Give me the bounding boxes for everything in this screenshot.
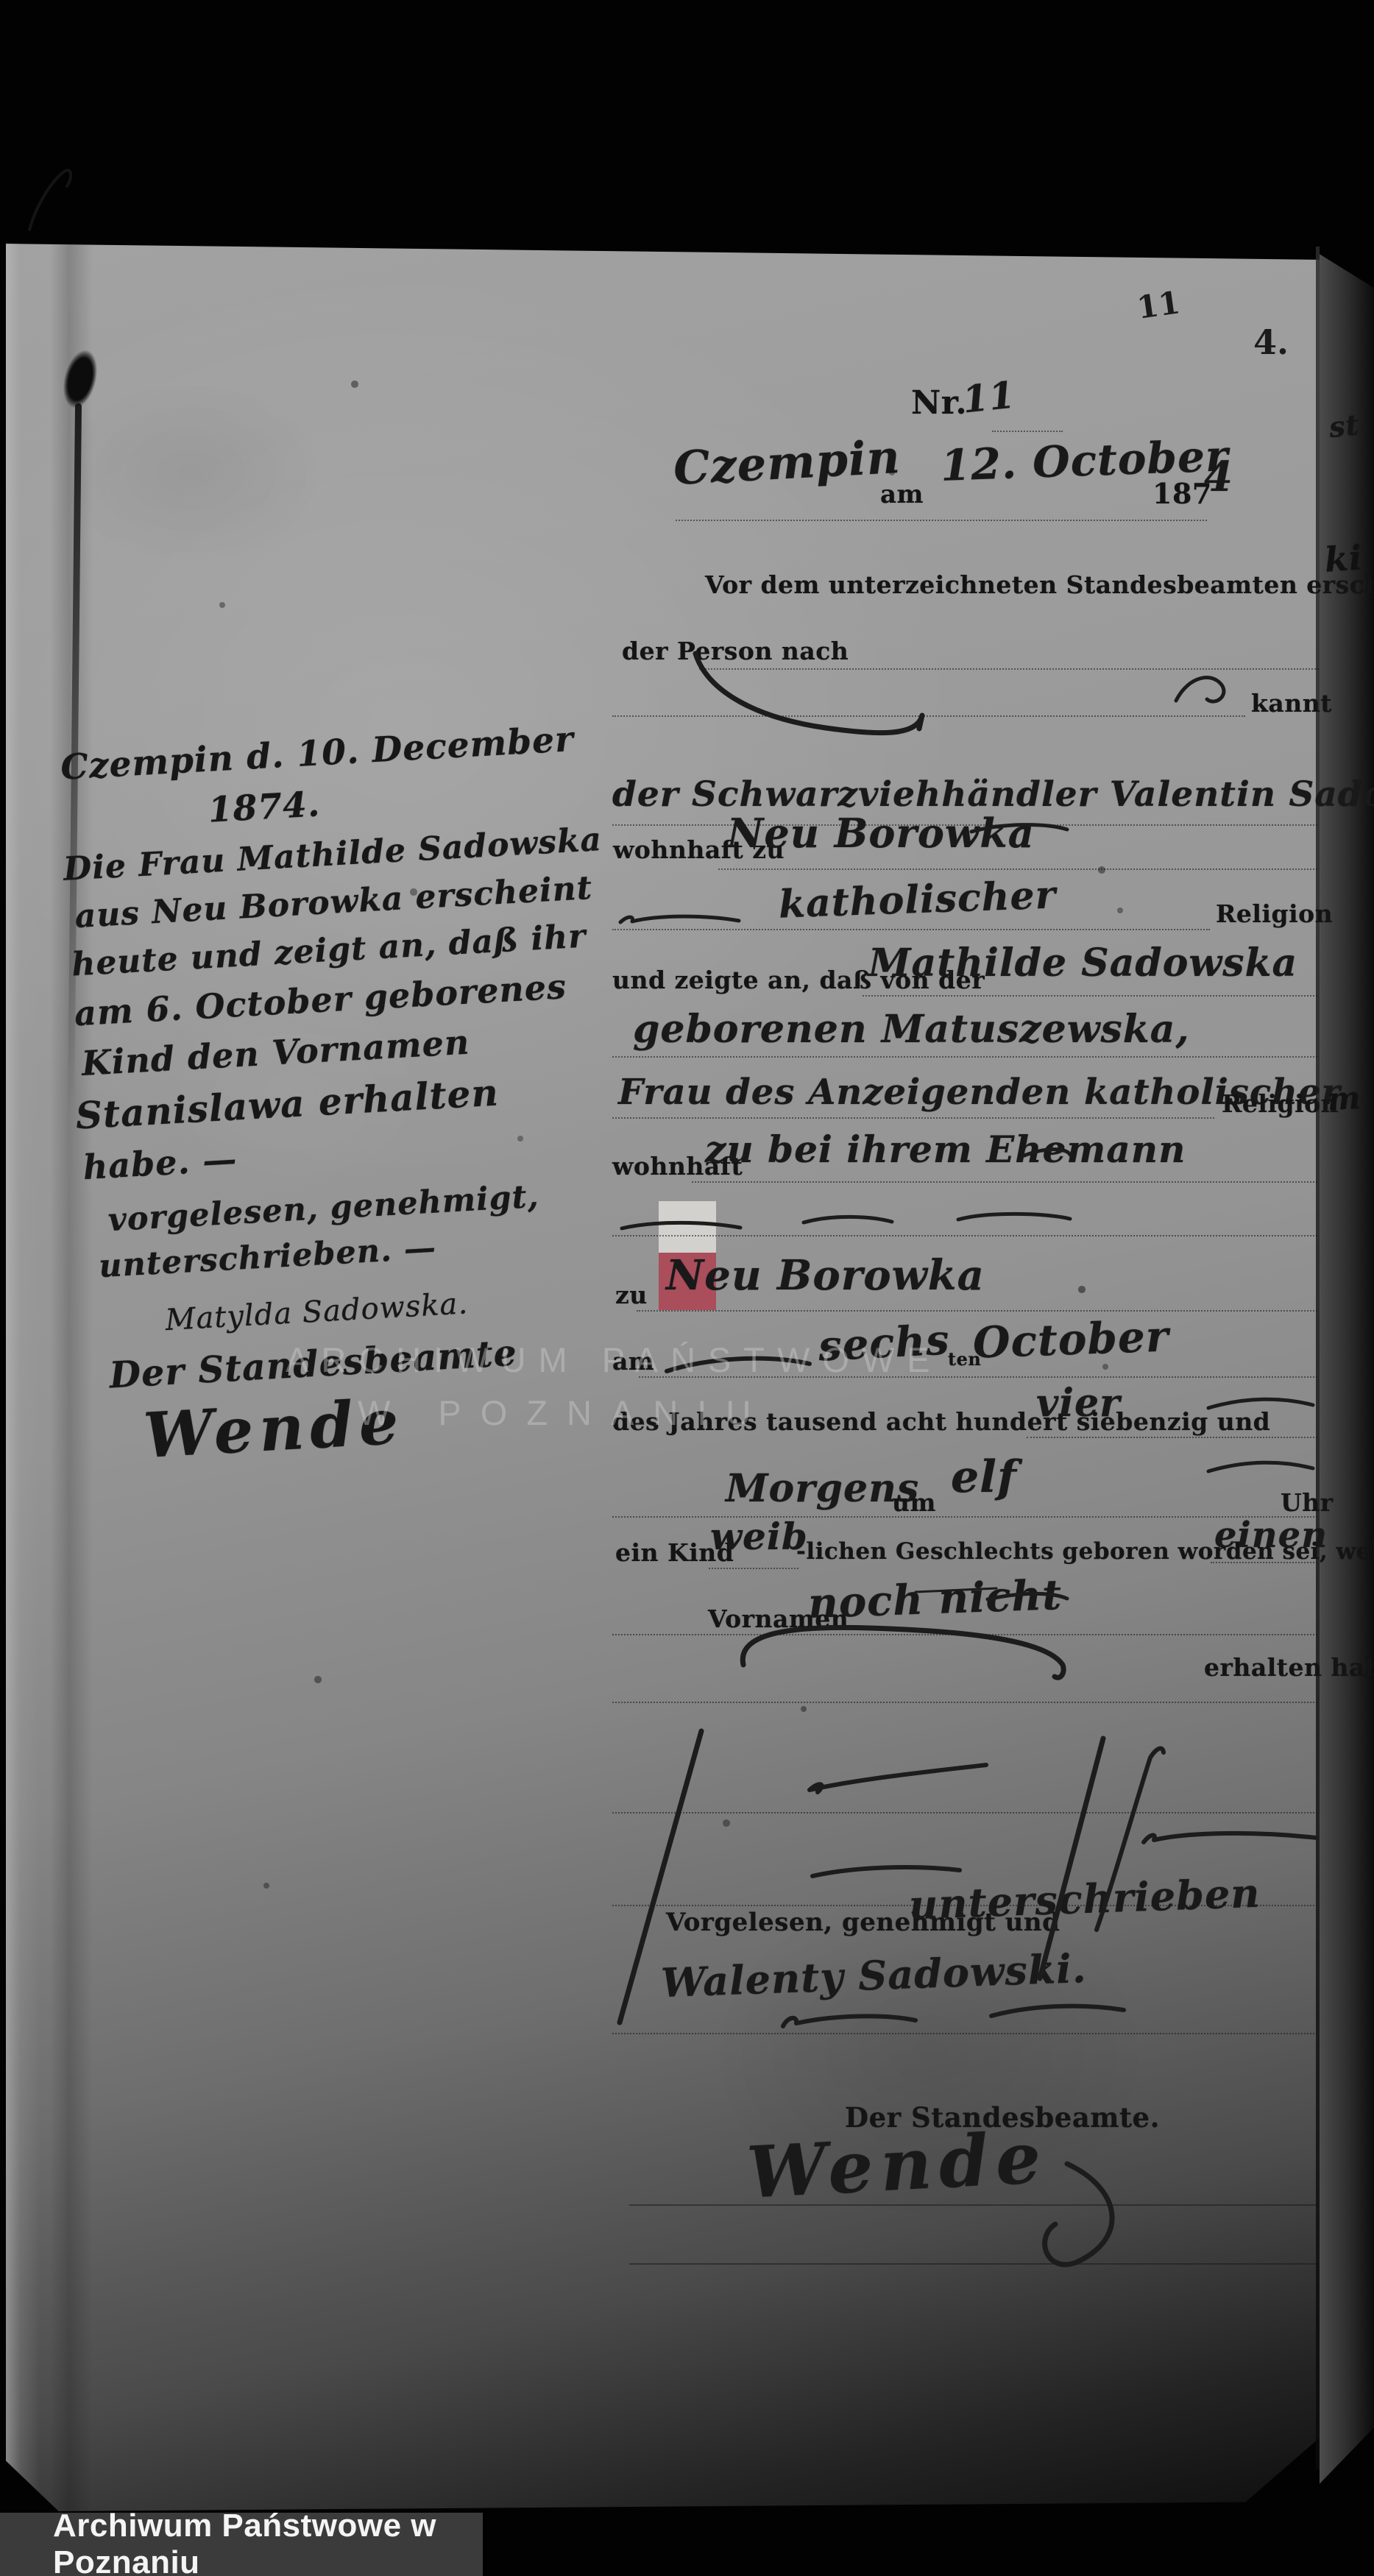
nr-label: Nr. — [911, 384, 967, 422]
year-line-value: vier — [1036, 1381, 1120, 1426]
am-label: am — [880, 480, 924, 509]
rule-line — [612, 1812, 1317, 1814]
kannt-label: kannt — [1251, 689, 1332, 718]
archive-watermark-line1: ARCHIWUM PAŃSTWOWE — [286, 1340, 943, 1380]
time-prefix: Morgens — [726, 1466, 919, 1511]
birth-month: October — [972, 1311, 1170, 1367]
vornamen-value: noch nicht — [807, 1571, 1063, 1628]
archive-label-text: Archiwum Państwowe w Poznaniu — [53, 2508, 483, 2576]
year-written: 4 — [1204, 453, 1233, 501]
rule-line — [612, 715, 1245, 717]
mother-name: Mathilde Sadowska — [868, 941, 1297, 986]
rule-line — [709, 1568, 798, 1569]
rule-line — [612, 1702, 1317, 1703]
rule-line — [992, 431, 1063, 432]
birthplace-value: Neu Borowka — [666, 1251, 985, 1300]
rule-line — [718, 868, 1317, 870]
rule-line — [1027, 1437, 1317, 1438]
archive-watermark-line2: W POZNANIU — [358, 1393, 770, 1433]
article-value: einen — [1214, 1515, 1328, 1556]
sex-value: weib — [710, 1515, 808, 1558]
religion-label-2: Religion — [1222, 1089, 1339, 1118]
religion-label: Religion — [1216, 899, 1333, 928]
archive-label-bar: Archiwum Państwowe w Poznaniu — [0, 2513, 483, 2576]
rule-line — [676, 520, 1207, 521]
intro-line: Vor dem unterzeichneten Standesbeamten e… — [705, 570, 1374, 599]
rule-line — [692, 1181, 1317, 1183]
rule-line — [612, 1117, 1214, 1119]
margin-note-line: 1874. — [208, 768, 603, 831]
rule-line — [612, 1056, 1317, 1058]
dust-specks — [0, 0, 3, 3]
wohnhaft-value: Neu Borowka — [727, 810, 1035, 857]
rule-line — [612, 929, 1210, 930]
flag-watermark-white — [659, 1201, 716, 1253]
rule-line — [863, 995, 1317, 997]
rule-line — [637, 1310, 1317, 1312]
rule-line — [629, 2204, 1317, 2206]
edge-ink-fragment: m — [1327, 1080, 1362, 1117]
um-label: um — [892, 1488, 936, 1517]
corner-number-mark: 4. — [1253, 322, 1289, 362]
edge-ink-fragment: st — [1328, 408, 1361, 444]
declarant-line: der Schwarzviehhändler Valentin Sadowski — [612, 774, 1374, 815]
registrar-signature: Wende — [745, 2115, 1049, 2214]
person-nach-label: der Person nach — [622, 637, 849, 665]
rule-line — [699, 668, 1319, 670]
year-printed: 187 — [1152, 477, 1212, 510]
rule-line — [629, 2263, 1317, 2265]
rule-line — [612, 1235, 1317, 1236]
edge-ink-fragment: ki — [1323, 537, 1364, 579]
rule-line — [612, 2033, 1317, 2034]
page-number-mark: 11 — [1135, 284, 1183, 326]
wohnhaft2-value: zu bei ihrem Ehemann — [705, 1128, 1186, 1171]
scanned-registry-page: 11 4. Nr. 11 Czempin am 12. October 187 … — [0, 0, 1374, 2576]
mother-birthname: geborenen Matuszewska, — [633, 1007, 1190, 1052]
nr-value: 11 — [960, 372, 1017, 421]
hour-value: elf — [951, 1451, 1017, 1503]
rule-line — [612, 1634, 1317, 1635]
uhr-label: Uhr — [1281, 1488, 1334, 1517]
erhalten-label: erhalten habe — [1204, 1653, 1374, 1682]
